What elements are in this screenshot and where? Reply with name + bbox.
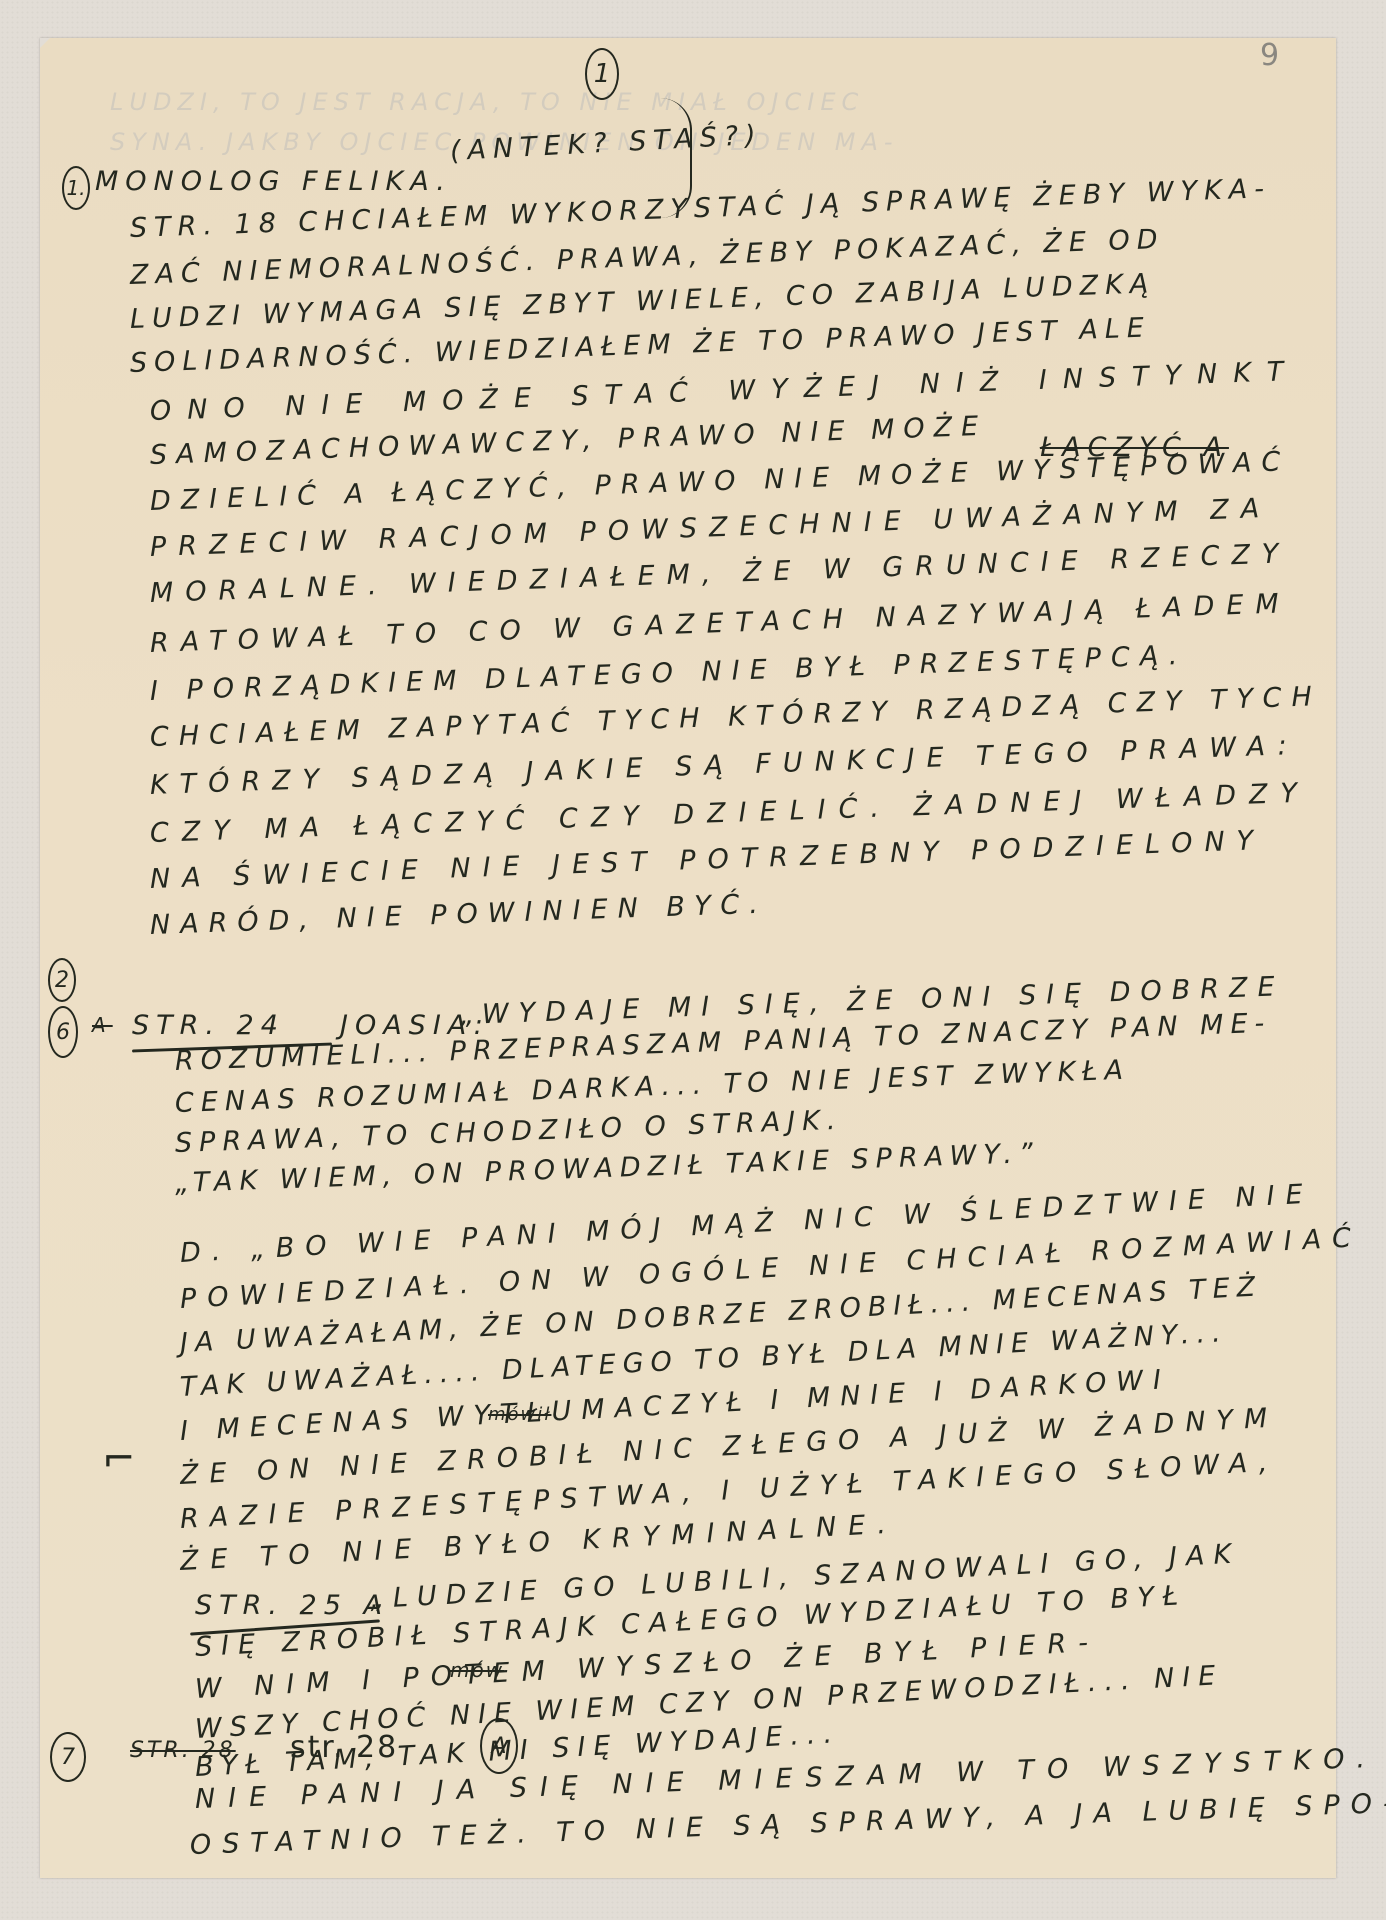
bleedthrough-text: LUDZI, TO JEST RACJA, TO NIE MIAŁ OJCIEC [110, 88, 864, 116]
section-marker-2: 2 [48, 958, 76, 1002]
text-line: NARÓD, NIE POWINIEN BYĆ. [149, 888, 768, 941]
page-reference: str. 28 [290, 1730, 398, 1765]
section-marker-text: 7 [61, 1745, 75, 1770]
section-marker-text: 1. [66, 176, 85, 200]
page-reference: STR. 24 [132, 1010, 285, 1041]
section-marker-text: 2 [55, 968, 69, 993]
page-reference: STR. 25 A [195, 1590, 389, 1621]
section-heading: MONOLOG FELIKA. [95, 166, 452, 197]
struck-word: mów [450, 1658, 504, 1682]
section-marker-7: 7 [50, 1732, 86, 1782]
struck-page-reference: STR. 28 [130, 1738, 236, 1763]
section-marker-6: 6 [48, 1006, 78, 1058]
paper-corner [40, 38, 50, 48]
top-circled-number: 1 [585, 48, 619, 100]
circled-letter-text: A [491, 1734, 506, 1759]
struck-word: mówił [488, 1404, 551, 1425]
manuscript-page: LUDZI, TO JEST RACJA, TO NIE MIAŁ OJCIEC… [40, 38, 1336, 1878]
circled-number-text: 1 [594, 59, 611, 89]
pencil-page-number: 9 [1260, 38, 1279, 73]
section-marker-1: 1. [62, 166, 90, 210]
bracket-note: (ANTEK? STAŚ?) [449, 120, 763, 167]
margin-mark: ⌐ [102, 1436, 143, 1482]
section-marker-text: 6 [56, 1020, 70, 1045]
circled-letter: A [480, 1718, 518, 1774]
struck-prefix: A [92, 1013, 113, 1037]
